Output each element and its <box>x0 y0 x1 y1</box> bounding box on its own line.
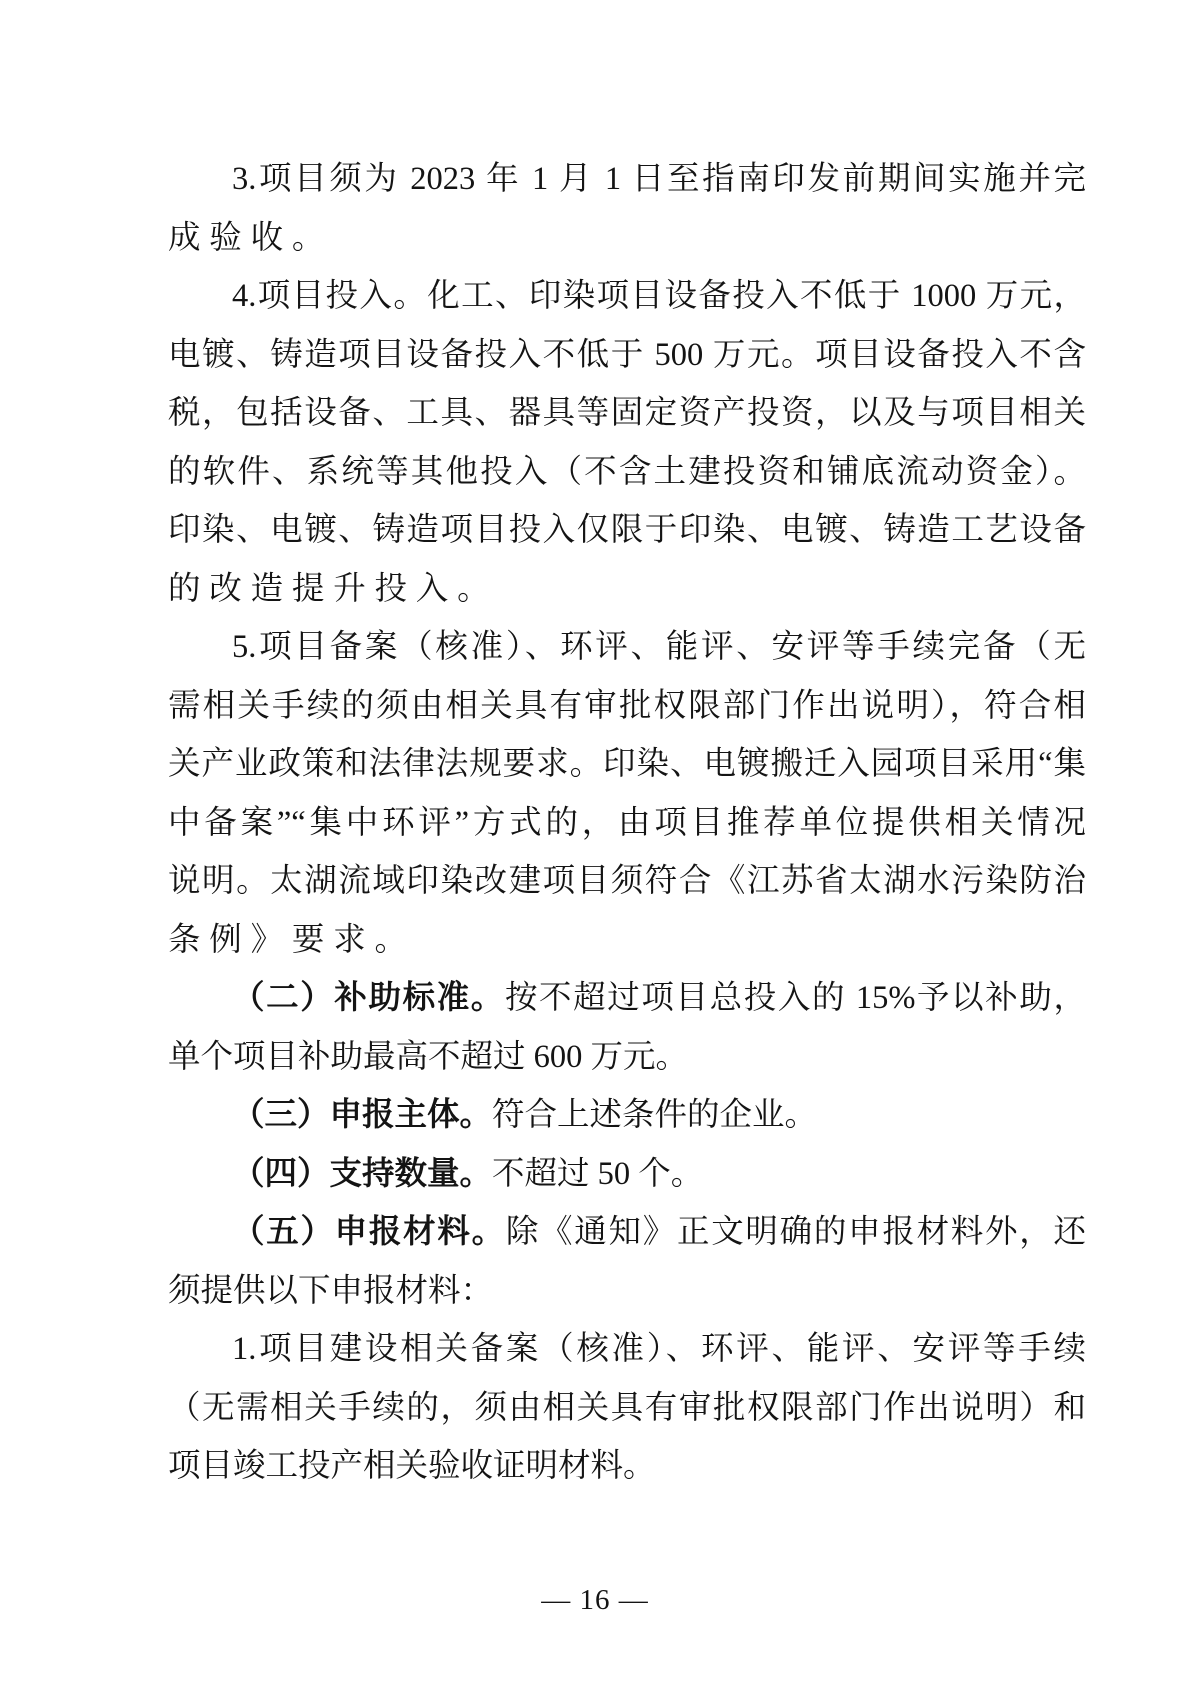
line-text: 项目竣工投产相关验收证明材料。 <box>168 1448 656 1484</box>
text-line: （四）支持数量。不超过 50 个。 <box>168 1145 1086 1204</box>
line-text: 3.项目须为 2023 年 1 月 1 日至指南印发前期间实施并完 <box>232 161 1086 197</box>
section-label: （二）补助标准。 <box>232 980 505 1016</box>
line-text: 不超过 50 个。 <box>492 1156 703 1192</box>
line-text: 条例》要求。 <box>168 922 416 958</box>
text-line: 说明。太湖流域印染改建项目须符合《江苏省太湖水污染防治 <box>168 852 1086 911</box>
line-text: 单个项目补助最高不超过 600 万元。 <box>168 1039 688 1075</box>
text-line: （二）补助标准。按不超过项目总投入的 15%予以补助， <box>168 969 1086 1028</box>
line-text: 的改造提升投入。 <box>168 571 498 607</box>
text-line: （三）申报主体。符合上述条件的企业。 <box>168 1086 1086 1145</box>
text-line: （五）申报材料。除《通知》正文明确的申报材料外，还 <box>168 1203 1086 1262</box>
line-text: 成验收。 <box>168 220 333 256</box>
section-label: （五）申报材料。 <box>232 1214 506 1250</box>
line-text: 1.项目建设相关备案（核准）、环评、能评、安评等手续 <box>232 1331 1086 1367</box>
line-text: 符合上述条件的企业。 <box>492 1097 817 1133</box>
line-text: 5.项目备案（核准）、环评、能评、安评等手续完备（无 <box>232 629 1086 665</box>
line-text: 须提供以下申报材料： <box>168 1273 493 1309</box>
line-text: 按不超过项目总投入的 15%予以补助， <box>505 980 1086 1016</box>
text-line: 1.项目建设相关备案（核准）、环评、能评、安评等手续 <box>168 1320 1086 1379</box>
text-line: 印染、电镀、铸造项目投入仅限于印染、电镀、铸造工艺设备 <box>168 501 1086 560</box>
text-line: 的软件、系统等其他投入（不含土建投资和铺底流动资金）。 <box>168 443 1086 502</box>
line-text: 4.项目投入。化工、印染项目设备投入不低于 1000 万元， <box>232 278 1086 314</box>
text-line: 单个项目补助最高不超过 600 万元。 <box>168 1028 1086 1087</box>
text-line: 项目竣工投产相关验收证明材料。 <box>168 1437 1086 1496</box>
text-line: 4.项目投入。化工、印染项目设备投入不低于 1000 万元， <box>168 267 1086 326</box>
page-number: — 16 — <box>0 1582 1190 1618</box>
document-body: 3.项目须为 2023 年 1 月 1 日至指南印发前期间实施并完 成验收。 4… <box>168 150 1086 1496</box>
text-line: 成验收。 <box>168 209 1086 268</box>
document-page: 3.项目须为 2023 年 1 月 1 日至指南印发前期间实施并完 成验收。 4… <box>0 0 1190 1683</box>
line-text: 税，包括设备、工具、器具等固定资产投资，以及与项目相关 <box>168 395 1086 431</box>
line-text: 需相关手续的须由相关具有审批权限部门作出说明），符合相 <box>168 688 1086 724</box>
text-line: 5.项目备案（核准）、环评、能评、安评等手续完备（无 <box>168 618 1086 677</box>
line-text: 电镀、铸造项目设备投入不低于 500 万元。项目设备投入不含 <box>168 337 1086 373</box>
text-line: 3.项目须为 2023 年 1 月 1 日至指南印发前期间实施并完 <box>168 150 1086 209</box>
section-label: （四）支持数量。 <box>232 1156 492 1192</box>
section-label: （三）申报主体。 <box>232 1097 492 1133</box>
line-text: 说明。太湖流域印染改建项目须符合《江苏省太湖水污染防治 <box>168 863 1086 899</box>
text-line: 税，包括设备、工具、器具等固定资产投资，以及与项目相关 <box>168 384 1086 443</box>
text-line: 须提供以下申报材料： <box>168 1262 1086 1321</box>
text-line: （无需相关手续的，须由相关具有审批权限部门作出说明）和 <box>168 1379 1086 1438</box>
text-line: 电镀、铸造项目设备投入不低于 500 万元。项目设备投入不含 <box>168 326 1086 385</box>
line-text: 关产业政策和法律法规要求。印染、电镀搬迁入园项目采用“集 <box>168 746 1086 782</box>
text-line: 中备案”“集中环评”方式的，由项目推荐单位提供相关情况 <box>168 794 1086 853</box>
text-line: 关产业政策和法律法规要求。印染、电镀搬迁入园项目采用“集 <box>168 735 1086 794</box>
line-text: （无需相关手续的，须由相关具有审批权限部门作出说明）和 <box>168 1390 1086 1426</box>
line-text: 的软件、系统等其他投入（不含土建投资和铺底流动资金）。 <box>168 454 1086 490</box>
line-text: 除《通知》正文明确的申报材料外，还 <box>506 1214 1086 1250</box>
text-line: 的改造提升投入。 <box>168 560 1086 619</box>
line-text: 中备案”“集中环评”方式的，由项目推荐单位提供相关情况 <box>168 805 1086 841</box>
text-line: 条例》要求。 <box>168 911 1086 970</box>
text-line: 需相关手续的须由相关具有审批权限部门作出说明），符合相 <box>168 677 1086 736</box>
line-text: 印染、电镀、铸造项目投入仅限于印染、电镀、铸造工艺设备 <box>168 512 1086 548</box>
